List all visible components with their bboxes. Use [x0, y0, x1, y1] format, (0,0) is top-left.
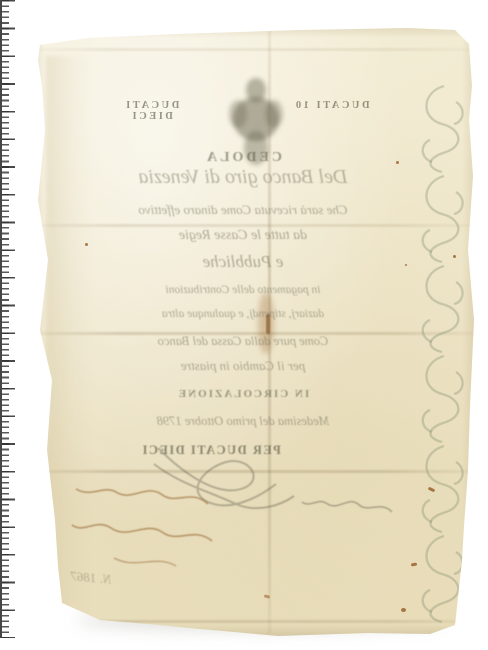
measurement-ruler [0, 0, 17, 638]
signature-scribble-brown-3 [114, 558, 176, 566]
photographed-banknote-verso: DUCATI 10 DUCATI DIECI CEDOLA Del Banco … [0, 0, 488, 650]
banknote-paper: DUCATI 10 DUCATI DIECI CEDOLA Del Banco … [28, 26, 476, 640]
signature-scribble-brown-1 [76, 489, 208, 504]
signature-scribble-gray [302, 502, 392, 512]
signature-scribbles [28, 26, 476, 638]
foxing-speck [472, 294, 475, 297]
show-through-mirrored-layer: DUCATI 10 DUCATI DIECI CEDOLA Del Banco … [28, 26, 476, 640]
signature-scribble-brown-2 [72, 525, 212, 541]
